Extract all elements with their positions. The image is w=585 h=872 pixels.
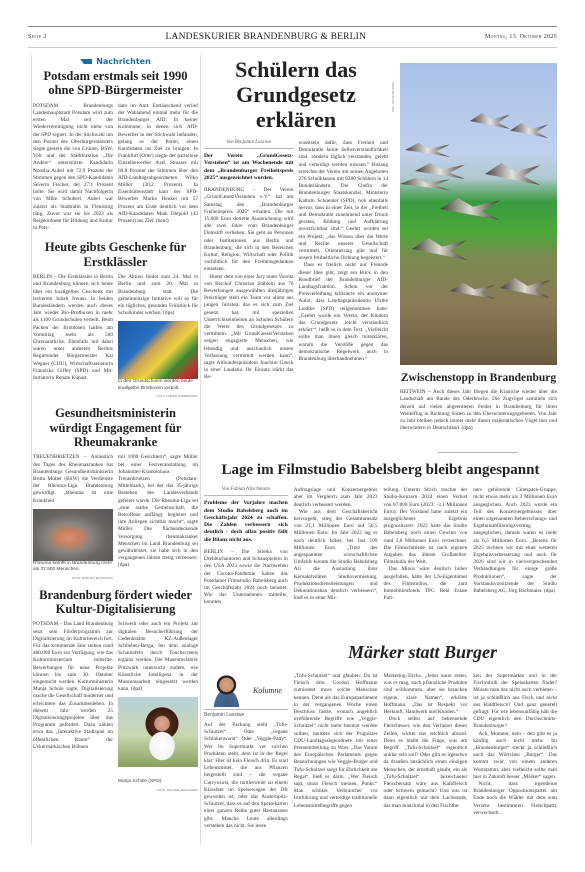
byline: Von Fabian Nitschmann <box>204 487 288 496</box>
newspaper-title: LANDESKURIER BRANDENBURG & BERLIN <box>166 32 367 42</box>
author-avatar <box>204 673 249 707</box>
article-headline: Märker statt Burger <box>204 642 557 663</box>
article-text: TREUENBRIETZEN – Anlässlich des Tages de… <box>33 454 113 504</box>
article-text: POTSDAM – Brandenburgs Landeshauptstadt … <box>33 103 113 233</box>
crane-shape <box>485 163 540 185</box>
photo-credit: Foto: Patrick Pleul/dpa <box>391 62 397 112</box>
article-text: Auftragslage und Konzernergebnis aber im… <box>294 487 378 606</box>
section-label: Nachrichten <box>33 57 198 66</box>
masthead: Seite 2 LANDESKURIER BRANDENBURG & BERLI… <box>28 26 557 48</box>
article-headline: Potsdam erstmals seit 1990 ohne SPD-Bürg… <box>33 69 198 98</box>
article-rheuma: Gesundheitsministerin würdigt Engagement… <box>33 406 198 579</box>
article-headline: Gesundheitsministerin würdigt Engagement… <box>33 406 198 449</box>
section-label-text: Nachrichten <box>96 57 151 66</box>
portrait-photo <box>118 697 198 767</box>
separator-line <box>438 452 518 453</box>
lead-paragraph: Der Verein „GrundGesetz-Verstehen“ ist a… <box>204 153 294 182</box>
article-text: BRANDENBURG – Der Verein „GrundGesetzVer… <box>204 187 294 381</box>
cranes-photo <box>400 63 557 365</box>
article-text: Marketing-Tricks. „Jeder kann essen, was… <box>384 673 468 830</box>
crane-shape <box>450 283 495 299</box>
author-name: Benjamin Lassiwe <box>204 712 288 718</box>
crane-article: Zwischenstopp in Brandenburg REITWEIN – … <box>400 372 557 432</box>
article-text: dam im Amt. Enttäuschend verlief der Wah… <box>118 103 198 233</box>
photo-caption: In den Grundschulen werden heute knallge… <box>118 379 198 392</box>
byline: Von Benjamin Lassiwe <box>204 140 294 149</box>
lead-story: Schülern das Grundgesetz erklären Von Be… <box>204 55 388 382</box>
author-box: Kolumne <box>204 673 288 710</box>
lead-paragraph: Probleme der Vorjahre machen dem Studio … <box>204 500 288 544</box>
photo-caption: Manja Schüle (SPD) <box>118 779 161 784</box>
crane-shape <box>405 143 450 157</box>
article-erstklaessler: Heute gibts Geschenke für Erstklässler B… <box>33 240 198 398</box>
photo-caption: Rheuma betrifft in Brandenburg mehr als … <box>33 561 113 574</box>
crane-shape <box>400 178 450 190</box>
photo-credit: Foto: Fabian Sommer/dpa <box>156 394 198 398</box>
market-photo <box>118 321 198 379</box>
article-text: teilung. Unterm Strich machte der Studio… <box>384 487 468 606</box>
crane-shape <box>440 198 500 220</box>
article-kultur-digital: Brandenburg fördert wieder Kultur-Digita… <box>33 588 198 793</box>
article-text: mit 1000 Gesichtern“, sagte Müller bei e… <box>118 454 198 579</box>
article-headline: Brandenburg fördert wieder Kultur-Digita… <box>33 588 198 617</box>
hands-photo <box>33 509 113 561</box>
newspaper-page: Seite 2 LANDESKURIER BRANDENBURG & BERLI… <box>28 0 557 872</box>
column-label: Kolumne <box>253 686 282 707</box>
column-article: Märker statt Burger Kolumne Benjamin Las… <box>204 642 557 830</box>
crane-shape <box>415 163 465 179</box>
page-number: Seite 2 <box>28 34 47 40</box>
column-divider <box>31 55 32 845</box>
issue-date: Montag, 13. Oktober 2025 <box>485 34 557 40</box>
column-divider <box>200 55 201 845</box>
banner-icon <box>80 59 92 64</box>
article-text: Auf der Packung steht „Tofu-Schnitzel“. … <box>204 722 288 830</box>
crane-shape <box>412 238 467 260</box>
article-text: ken der Supermärkte und in der Fischrubr… <box>473 673 557 830</box>
article-text: REITWEIN – Auch dieses Jahr fliegen die … <box>400 389 557 432</box>
article-text: „Tofu-Schnitzel“ und glauben: Da ist Fle… <box>294 673 378 830</box>
crane-shape <box>500 278 550 298</box>
article-headline: Zwischenstopp in Brandenburg <box>400 372 557 385</box>
photo-credit: Foto: Michael Bahlo/dpa <box>157 788 198 792</box>
article-text: BERLIN – Die Streiks von Drehbuchautoren… <box>204 549 288 607</box>
article-headline: Heute gibts Geschenke für Erstklässler <box>33 240 198 269</box>
article-text: wusstsein dafür, dass Freiheit und Demok… <box>299 140 389 382</box>
news-column: Nachrichten Potsdam erstmals seit 1990 o… <box>33 55 198 792</box>
article-text: POTSDAM – Das Land Brandenburg setzt sei… <box>33 621 113 792</box>
article-text: Schwedt oder auch ein Projekt zur digita… <box>118 621 198 693</box>
article-text: ners gehörende Cinespace-Gruppe, nicht e… <box>473 487 557 606</box>
crane-shape <box>510 123 548 138</box>
lead-headline: Schülern das Grundgesetz erklären <box>204 57 388 132</box>
article-headline: Lage im Filmstudio Babelsberg bleibt ang… <box>204 462 557 479</box>
photo-credit: Foto: Marijan Murat/dpa <box>72 576 113 580</box>
film-story: Lage im Filmstudio Babelsberg bleibt ang… <box>204 462 557 607</box>
article-text: BERLIN – Die Erstklässler in Berlin und … <box>33 274 113 398</box>
article-potsdam-election: Potsdam erstmals seit 1990 ohne SPD-Bürg… <box>33 69 198 232</box>
crane-shape <box>470 113 510 129</box>
article-text: Die Aktion findet zum 24. Mal in Berlin … <box>118 274 198 317</box>
